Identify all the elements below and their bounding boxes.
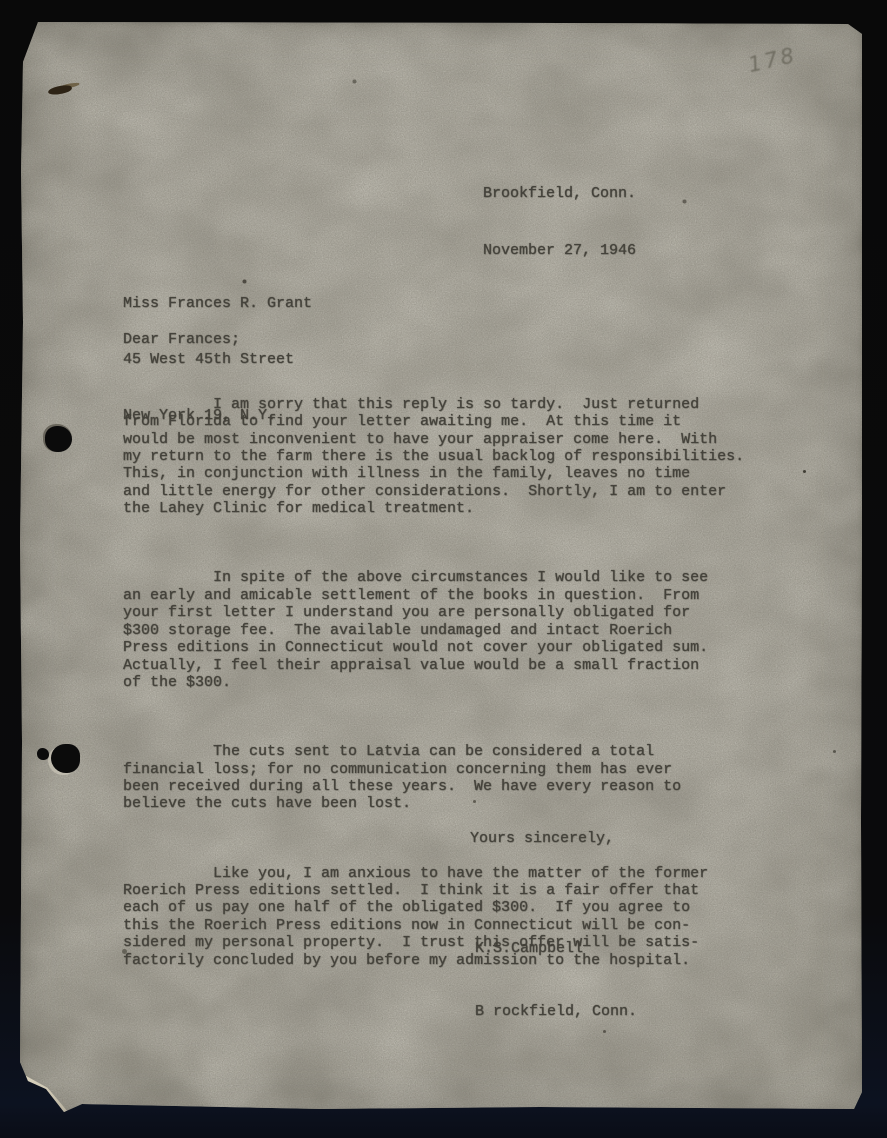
scanned-letter-image: 178 Brookfield, Conn. November 27, 1946 … xyxy=(0,0,887,1138)
salutation: Dear Frances; xyxy=(123,331,240,348)
dateline-date: November 27, 1946 xyxy=(483,241,636,260)
signature-place: B rockfield, Conn. xyxy=(475,1001,637,1022)
signature-block: K.S.Campbell B rockfield, Conn. xyxy=(475,896,637,1064)
dateline: Brookfield, Conn. November 27, 1946 xyxy=(483,146,636,298)
paper-specks xyxy=(803,470,806,473)
paragraph-4: Like you, I am anxious to have the matte… xyxy=(123,865,823,969)
closing: Yours sincerely, xyxy=(470,830,614,847)
dateline-place: Brookfield, Conn. xyxy=(483,184,636,203)
paragraph-3: The cuts sent to Latvia can be considere… xyxy=(123,743,823,813)
signature-name: K.S.Campbell xyxy=(475,938,637,959)
paragraph-1: I am sorry that this reply is so tardy. … xyxy=(123,396,823,518)
punch-hole-bottom xyxy=(51,744,80,773)
letter-text-layer: Brookfield, Conn. November 27, 1946 Miss… xyxy=(20,22,862,1112)
punch-hole-top xyxy=(45,426,72,452)
recipient-name: Miss Frances R. Grant xyxy=(123,295,312,314)
punch-hole-bottom-fragment xyxy=(37,748,49,760)
letter-page: 178 Brookfield, Conn. November 27, 1946 … xyxy=(20,22,862,1112)
letter-body: I am sorry that this reply is so tardy. … xyxy=(123,361,823,1021)
paragraph-2: In spite of the above circumstances I wo… xyxy=(123,569,823,691)
